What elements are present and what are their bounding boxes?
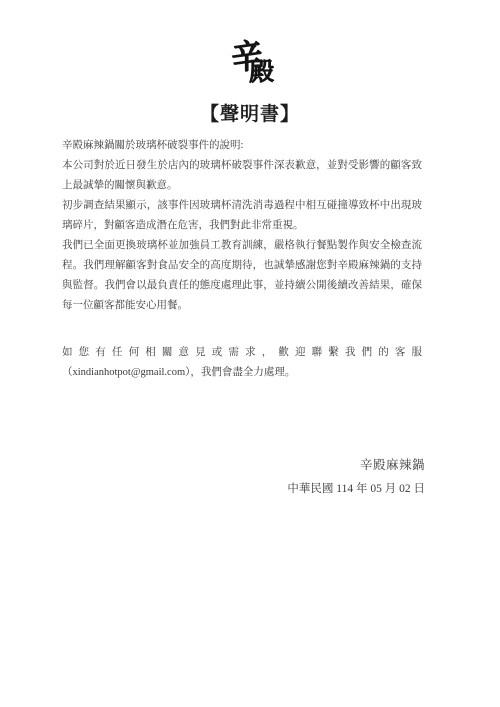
customer-service-email: xindianhotpot@gmail.com <box>73 367 186 378</box>
brand-logo: 辛 殿 <box>210 45 290 92</box>
apology-paragraph: 本公司對於近日發生於店內的玻璃杯破裂事件深表歉意，並對受影響的顧客致上最誠摯的關… <box>62 156 422 196</box>
signature-block: 辛殿麻辣鍋 中華民國 114 年 05 月 02 日 <box>0 455 500 499</box>
logo-char-dian: 殿 <box>249 59 274 85</box>
signature-company: 辛殿麻辣鍋 <box>62 455 425 475</box>
signature-date: 中華民國 114 年 05 月 02 日 <box>62 479 425 499</box>
page-title: 【聲明書】 <box>0 101 500 129</box>
contact-text-after: ），我們會盡全力處理。 <box>185 367 295 378</box>
investigation-paragraph: 初步調查結果顯示，該事件因玻璃杯清洗消毒過程中相互碰撞導致杯中出現玻璃碎片，對顧… <box>62 196 422 236</box>
contact-paragraph: 如您有任何相關意見或需求，歡迎聯繫我們的客服（xindianhotpot@gma… <box>62 343 422 383</box>
remediation-paragraph: 我們已全面更換玻璃杯並加強員工教育訓練，嚴格執行餐點製作與安全檢查流程。我們理解… <box>62 236 422 316</box>
statement-subject-line: 辛殿麻辣鍋關於玻璃杯破裂事件的說明: <box>62 136 422 156</box>
statement-body: 辛殿麻辣鍋關於玻璃杯破裂事件的說明: 本公司對於近日發生於店內的玻璃杯破裂事件深… <box>0 136 500 383</box>
statement-page: 辛 殿 【聲明書】 辛殿麻辣鍋關於玻璃杯破裂事件的說明: 本公司對於近日發生於店… <box>0 0 500 707</box>
